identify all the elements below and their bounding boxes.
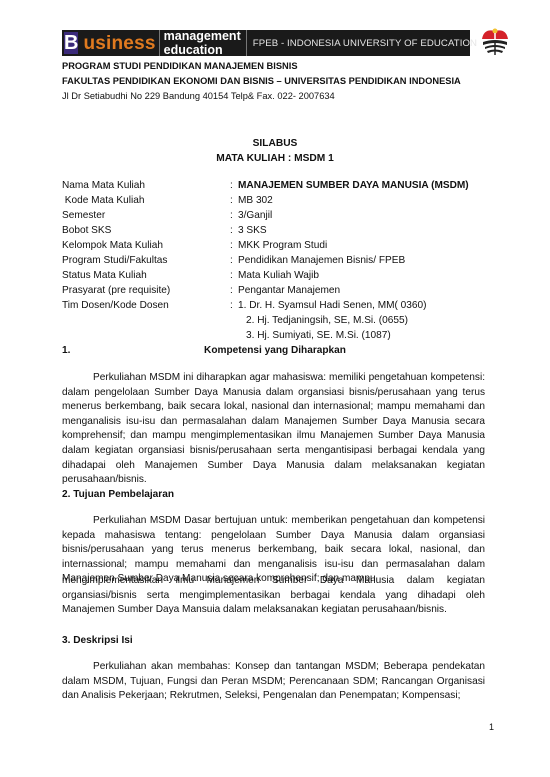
brand-letter: B xyxy=(64,32,78,54)
info-label: Program Studi/Fakultas xyxy=(62,255,232,266)
info-colon: : xyxy=(230,270,233,281)
info-label: Nama Mata Kuliah xyxy=(62,180,232,191)
info-label: Kode Mata Kuliah xyxy=(62,195,232,206)
info-label: Bobot SKS xyxy=(62,225,232,236)
info-value: 3/Ganjil xyxy=(238,210,272,221)
lecturer-2: 2. Hj. Tedjaningsih, SE, M.Si. (0655) xyxy=(246,315,408,326)
section-2-heading: 2. Tujuan Pembelajaran xyxy=(62,489,174,500)
institution-name: FPEB - INDONESIA UNIVERSITY OF EDUCATION xyxy=(247,38,477,49)
address: Jl Dr Setiabudhi No 229 Bandung 40154 Te… xyxy=(62,91,335,101)
info-label: Semester xyxy=(62,210,232,221)
document-title: SILABUS xyxy=(0,138,550,149)
info-colon: : xyxy=(230,285,233,296)
info-label: Prasyarat (pre requisite) xyxy=(62,285,232,296)
brand-name: usiness xyxy=(83,30,159,56)
info-colon: : xyxy=(230,240,233,251)
info-colon: : xyxy=(230,225,233,236)
info-value: MANAJEMEN SUMBER DAYA MANUSIA (MSDM) xyxy=(238,180,469,191)
info-label: Status Mata Kuliah xyxy=(62,270,232,281)
info-value: 1. Dr. H. Syamsul Hadi Senen, MM( 0360) xyxy=(238,300,427,311)
university-logo-icon xyxy=(480,25,510,57)
faculty-name: FAKULTAS PENDIDIKAN EKONOMI DAN BISNIS –… xyxy=(62,76,461,86)
document-subtitle: MATA KULIAH : MSDM 1 xyxy=(0,153,550,164)
info-value: MB 302 xyxy=(238,195,273,206)
lecturer-3: 3. Hj. Sumiyati, SE. M.Si. (1087) xyxy=(246,330,391,341)
info-colon: : xyxy=(230,210,233,221)
program-name: PROGRAM STUDI PENDIDIKAN MANAJEMEN BISNI… xyxy=(62,61,298,71)
document-page: B usiness management education FPEB - IN… xyxy=(0,0,550,777)
info-label: Tim Dosen/Kode Dosen xyxy=(62,300,232,311)
info-label: Kelompok Mata Kuliah xyxy=(62,240,232,251)
info-value: Mata Kuliah Wajib xyxy=(238,270,319,281)
info-value: 3 SKS xyxy=(238,225,267,236)
info-colon: : xyxy=(230,195,233,206)
brand-tagline: management education xyxy=(160,30,247,56)
info-value: Pengantar Manajemen xyxy=(238,285,340,296)
section-2-body-part2: mengimplementasikan ilmu Manajemen Sumbe… xyxy=(62,574,485,618)
header-banner: B usiness management education FPEB - IN… xyxy=(62,30,470,56)
section-1-title: Kompetensi yang Diharapkan xyxy=(0,345,550,356)
info-value: Pendidikan Manajemen Bisnis/ FPEB xyxy=(238,255,405,266)
section-3-heading: 3. Deskripsi Isi xyxy=(62,635,133,646)
info-colon: : xyxy=(230,255,233,266)
section-3-body: Perkuliahan akan membahas: Konsep dan ta… xyxy=(62,660,485,704)
page-number: 1 xyxy=(489,722,494,732)
info-value: MKK Program Studi xyxy=(238,240,327,251)
info-colon: : xyxy=(230,300,233,311)
section-1-body: Perkuliahan MSDM ini diharapkan agar mah… xyxy=(62,371,485,488)
info-colon: : xyxy=(230,180,233,191)
